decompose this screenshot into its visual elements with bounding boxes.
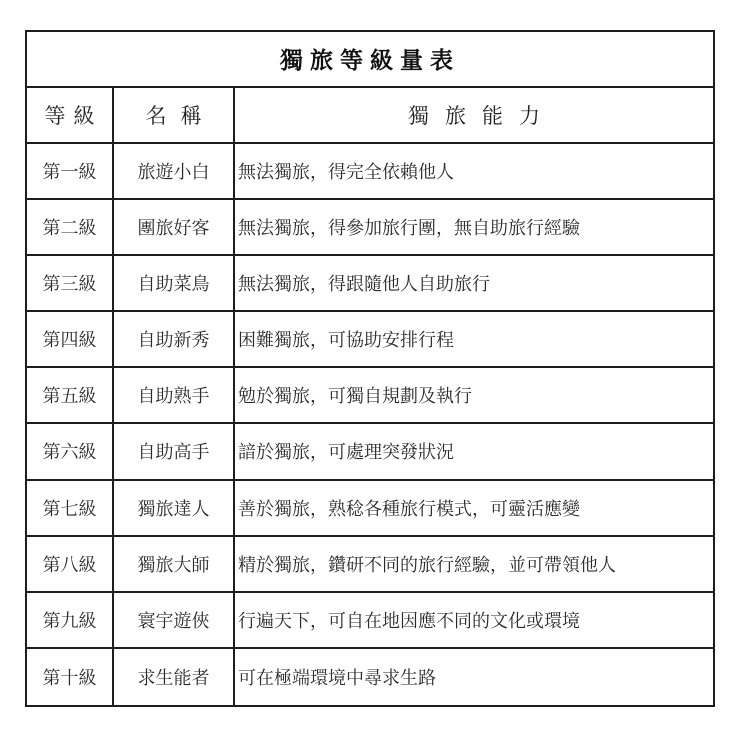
table-row: 第三級 自助菜鳥 無法獨旅，得跟隨他人自助旅行 [27, 256, 713, 312]
table-row: 第二級 團旅好客 無法獨旅，得參加旅行團，無自助旅行經驗 [27, 200, 713, 256]
ability-cell: 無法獨旅，得參加旅行團，無自助旅行經驗 [235, 200, 713, 254]
name-cell: 寰宇遊俠 [114, 593, 235, 647]
table-row: 第六級 自助高手 諳於獨旅，可處理突發狀況 [27, 424, 713, 480]
ability-cell: 無法獨旅，得完全依賴他人 [235, 144, 713, 198]
ability-cell: 行遍天下，可自在地因應不同的文化或環境 [235, 593, 713, 647]
level-cell: 第一級 [27, 144, 114, 198]
name-cell: 自助高手 [114, 424, 235, 478]
level-cell: 第五級 [27, 368, 114, 422]
ability-cell: 可在極端環境中尋求生路 [235, 649, 713, 705]
table-row: 第八級 獨旅大師 精於獨旅，鑽研不同的旅行經驗，並可帶領他人 [27, 537, 713, 593]
name-cell: 求生能者 [114, 649, 235, 705]
name-cell: 自助菜鳥 [114, 256, 235, 310]
level-cell: 第十級 [27, 649, 114, 705]
ability-cell: 精於獨旅，鑽研不同的旅行經驗，並可帶領他人 [235, 537, 713, 591]
ability-cell: 善於獨旅，熟稔各種旅行模式，可靈活應變 [235, 481, 713, 535]
level-cell: 第八級 [27, 537, 114, 591]
table-row: 第七級 獨旅達人 善於獨旅，熟稔各種旅行模式，可靈活應變 [27, 481, 713, 537]
table-row: 第四級 自助新秀 困難獨旅，可協助安排行程 [27, 312, 713, 368]
ability-cell: 困難獨旅，可協助安排行程 [235, 312, 713, 366]
name-cell: 獨旅大師 [114, 537, 235, 591]
table-row: 第五級 自助熟手 勉於獨旅，可獨自規劃及執行 [27, 368, 713, 424]
ability-cell: 無法獨旅，得跟隨他人自助旅行 [235, 256, 713, 310]
level-cell: 第九級 [27, 593, 114, 647]
table-row: 第一級 旅遊小白 無法獨旅，得完全依賴他人 [27, 144, 713, 200]
ability-cell: 勉於獨旅，可獨自規劃及執行 [235, 368, 713, 422]
table-header-row: 等級 名稱 獨旅能力 [27, 88, 713, 144]
header-name: 名稱 [114, 88, 235, 142]
solo-travel-level-table: 獨旅等級量表 等級 名稱 獨旅能力 第一級 旅遊小白 無法獨旅，得完全依賴他人 … [25, 30, 715, 707]
table-title: 獨旅等級量表 [27, 32, 713, 88]
name-cell: 旅遊小白 [114, 144, 235, 198]
level-cell: 第二級 [27, 200, 114, 254]
header-level: 等級 [27, 88, 114, 142]
table-row: 第十級 求生能者 可在極端環境中尋求生路 [27, 649, 713, 705]
ability-cell: 諳於獨旅，可處理突發狀況 [235, 424, 713, 478]
level-cell: 第四級 [27, 312, 114, 366]
name-cell: 自助新秀 [114, 312, 235, 366]
level-cell: 第七級 [27, 481, 114, 535]
level-cell: 第六級 [27, 424, 114, 478]
name-cell: 獨旅達人 [114, 481, 235, 535]
name-cell: 團旅好客 [114, 200, 235, 254]
table-row: 第九級 寰宇遊俠 行遍天下，可自在地因應不同的文化或環境 [27, 593, 713, 649]
name-cell: 自助熟手 [114, 368, 235, 422]
header-ability: 獨旅能力 [235, 88, 713, 142]
level-cell: 第三級 [27, 256, 114, 310]
